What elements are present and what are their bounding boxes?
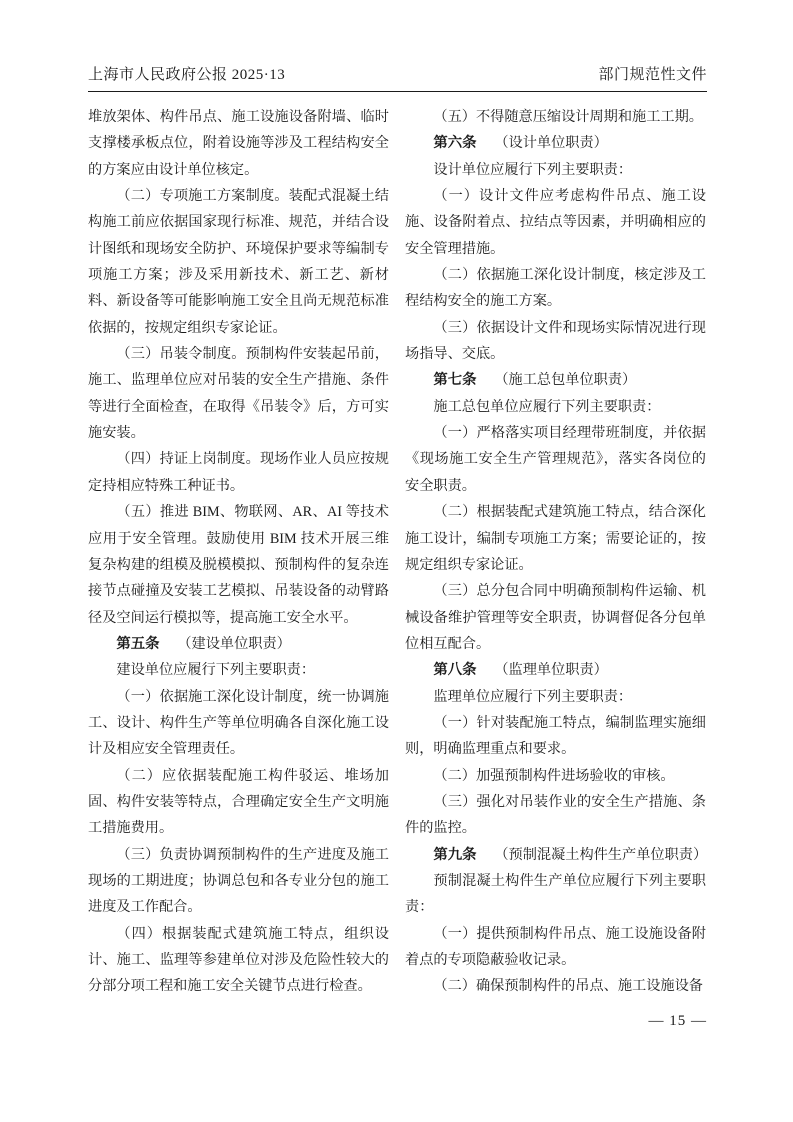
paragraph: （三）负责协调预制构件的生产进度及施工现场的工期进度；协调总包和各专业分包的施工… bbox=[88, 842, 389, 921]
paragraph: （三）依据设计文件和现场实际情况进行现场指导、交底。 bbox=[405, 315, 706, 368]
paragraph: （三）吊装令制度。预制构件安装起吊前，施工、监理单位应对吊装的安全生产措施、条件… bbox=[88, 341, 389, 446]
article-heading: 第五条（建设单位职责） bbox=[88, 631, 389, 657]
paragraph: （四）根据装配式建筑施工特点，组织设计、施工、监理等参建单位对涉及危险性较大的分… bbox=[88, 921, 389, 1000]
article-number: 第六条 bbox=[433, 135, 476, 151]
article-heading: 第六条（设计单位职责） bbox=[405, 130, 706, 156]
paragraph: （一）严格落实项目经理带班制度，并依据《现场施工安全生产管理规范》，落实各岗位的… bbox=[405, 420, 706, 499]
paragraph: 施工总包单位应履行下列主要职责： bbox=[405, 394, 706, 420]
article-heading: 第七条（施工总包单位职责） bbox=[405, 367, 706, 393]
article-heading: 第九条（预制混凝土构件生产单位职责） bbox=[405, 842, 706, 868]
paragraph: 堆放架体、构件吊点、施工设施设备附墙、临时支撑楼承板点位，附着设施等涉及工程结构… bbox=[88, 104, 389, 183]
paragraph: （二）确保预制构件的吊点、施工设施设备 bbox=[405, 973, 706, 999]
article-title: （施工总包单位职责） bbox=[494, 372, 636, 388]
article-title: （设计单位职责） bbox=[494, 135, 608, 151]
article-title: （监理单位职责） bbox=[494, 662, 608, 678]
paragraph: （二）专项施工方案制度。装配式混凝土结构施工前应依据国家现行标准、规范，并结合设… bbox=[88, 183, 389, 341]
article-number: 第七条 bbox=[433, 372, 476, 388]
paragraph: （五）不得随意压缩设计周期和施工工期。 bbox=[405, 104, 706, 130]
paragraph: （二）加强预制构件进场验收的审核。 bbox=[405, 763, 706, 789]
page-header: 上海市人民政府公报 2025·13 部门规范性文件 bbox=[88, 63, 707, 84]
paragraph: （四）持证上岗制度。现场作业人员应按规定持相应特殊工种证书。 bbox=[88, 446, 389, 499]
page-footer: — 15 — bbox=[88, 1013, 707, 1030]
article-number: 第九条 bbox=[433, 847, 476, 863]
left-column: 堆放架体、构件吊点、施工设施设备附墙、临时支撑楼承板点位，附着设施等涉及工程结构… bbox=[88, 104, 389, 1000]
paragraph: （三）总分包合同中明确预制构件运输、机械设备维护管理等安全职责，协调督促各分包单… bbox=[405, 578, 706, 657]
article-number: 第八条 bbox=[433, 662, 476, 678]
gazette-page: 上海市人民政府公报 2025·13 部门规范性文件 堆放架体、构件吊点、施工设施… bbox=[0, 0, 793, 1122]
paragraph: 预制混凝土构件生产单位应履行下列主要职责： bbox=[405, 868, 706, 921]
paragraph: （二）依据施工深化设计制度，核定涉及工程结构安全的施工方案。 bbox=[405, 262, 706, 315]
article-title: （预制混凝土构件生产单位职责） bbox=[494, 847, 707, 863]
paragraph: 监理单位应履行下列主要职责： bbox=[405, 684, 706, 710]
right-column: （五）不得随意压缩设计周期和施工工期。第六条（设计单位职责）设计单位应履行下列主… bbox=[405, 104, 706, 1000]
article-title: （建设单位职责） bbox=[177, 636, 291, 652]
header-rule bbox=[88, 91, 707, 92]
two-column-body: 堆放架体、构件吊点、施工设施设备附墙、临时支撑楼承板点位，附着设施等涉及工程结构… bbox=[88, 104, 707, 1000]
paragraph: 建设单位应履行下列主要职责： bbox=[88, 657, 389, 683]
section-label: 部门规范性文件 bbox=[598, 63, 707, 84]
paragraph: （二）应依据装配施工构件驳运、堆场加固、构件安装等特点，合理确定安全生产文明施工… bbox=[88, 763, 389, 842]
article-number: 第五条 bbox=[116, 636, 159, 652]
paragraph: （二）根据装配式建筑施工特点，结合深化施工设计，编制专项施工方案；需要论证的，按… bbox=[405, 499, 706, 578]
gazette-title: 上海市人民政府公报 2025·13 bbox=[88, 63, 285, 84]
paragraph: （三）强化对吊装作业的安全生产措施、条件的监控。 bbox=[405, 789, 706, 842]
paragraph: （一）提供预制构件吊点、施工设施设备附着点的专项隐蔽验收记录。 bbox=[405, 921, 706, 974]
page-number: — 15 — bbox=[649, 1013, 708, 1029]
paragraph: （一）依据施工深化设计制度，统一协调施工、设计、构件生产等单位明确各自深化施工设… bbox=[88, 684, 389, 763]
article-heading: 第八条（监理单位职责） bbox=[405, 657, 706, 683]
paragraph: （一）针对装配施工特点，编制监理实施细则，明确监理重点和要求。 bbox=[405, 710, 706, 763]
paragraph: 设计单位应履行下列主要职责： bbox=[405, 157, 706, 183]
paragraph: （一）设计文件应考虑构件吊点、施工设施、设备附着点、拉结点等因素，并明确相应的安… bbox=[405, 183, 706, 262]
paragraph: （五）推进 BIM、物联网、AR、AI 等技术应用于安全管理。鼓励使用 BIM … bbox=[88, 499, 389, 631]
